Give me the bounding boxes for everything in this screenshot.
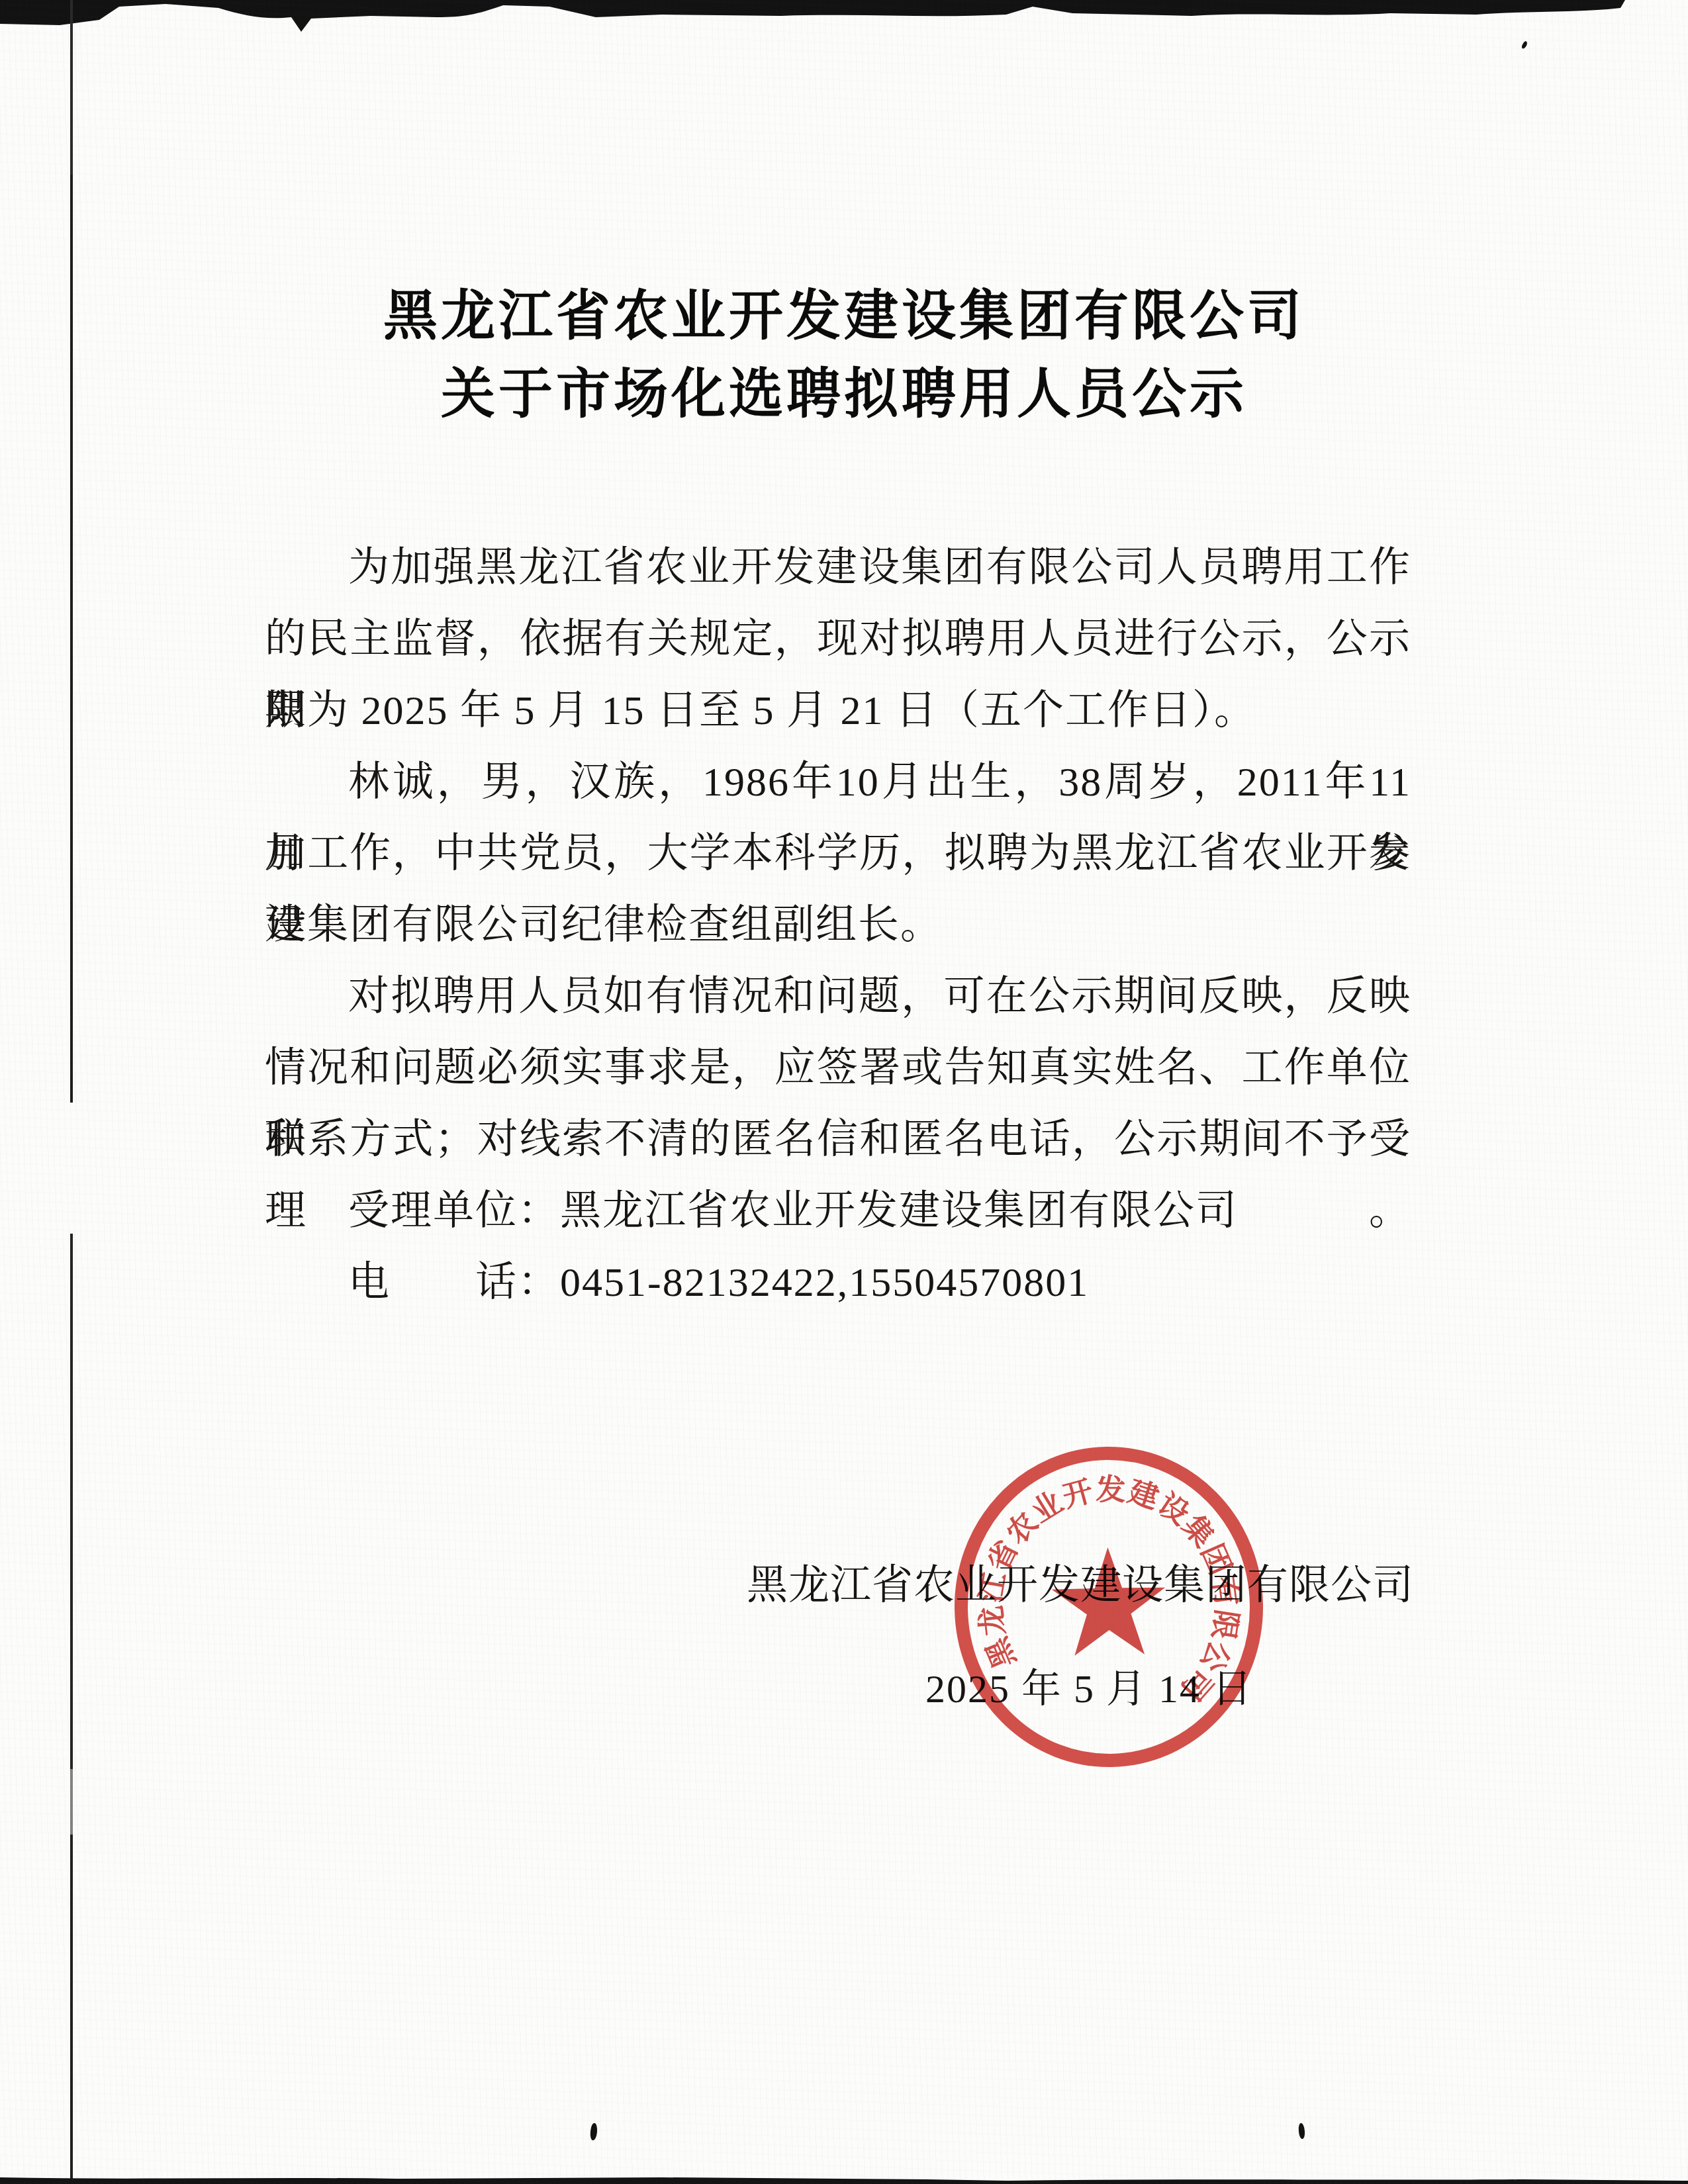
scan-artifact-speck <box>590 2123 598 2141</box>
scan-artifact-bottom-band <box>0 2175 1688 2184</box>
body-line: 的民主监督，依据有关规定，现对拟聘用人员进行公示，公示期 <box>265 604 1411 675</box>
scan-artifact-speck <box>1298 2123 1305 2140</box>
document-title: 黑龙江省农业开发建设集团有限公司 关于市场化选聘拟聘用人员公示 <box>0 277 1688 433</box>
scan-artifact-speck <box>1521 40 1528 49</box>
body-line: 林诚，男，汉族，1986年10月出生，38周岁，2011年11月参 <box>265 747 1411 818</box>
seal-star <box>1051 1547 1166 1657</box>
document-title-line-1: 黑龙江省农业开发建设集团有限公司 <box>0 277 1688 355</box>
body-line: 对拟聘用人员如有情况和问题，可在公示期间反映，反映 <box>265 961 1411 1032</box>
body-line: 设集团有限公司纪律检查组副组长。 <box>265 889 1411 961</box>
official-seal: 黑龙江省农业开发建设集团有限公司 <box>934 1432 1284 1782</box>
body-line: 加工作，中共党员，大学本科学历，拟聘为黑龙江省农业开发建 <box>265 818 1411 889</box>
body-line: 联系方式；对线索不清的匿名信和匿名电话，公示期间不予受理。 <box>265 1104 1411 1175</box>
body-line: 限为 2025 年 5 月 15 日至 5 月 21 日（五个工作日）。 <box>265 675 1411 747</box>
scanned-page: 黑龙江省农业开发建设集团有限公司 关于市场化选聘拟聘用人员公示 为加强黑龙江省农… <box>0 0 1688 2184</box>
document-body: 为加强黑龙江省农业开发建设集团有限公司人员聘用工作 的民主监督，依据有关规定，现… <box>265 532 1411 1318</box>
scan-artifact-top-band <box>0 0 1688 40</box>
document-title-line-2: 关于市场化选聘拟聘用人员公示 <box>0 355 1688 433</box>
body-line-phone: 电 话：0451-82132422,15504570801 <box>265 1247 1411 1318</box>
body-line: 情况和问题必须实事求是，应签署或告知真实姓名、工作单位和 <box>265 1032 1411 1104</box>
body-line: 为加强黑龙江省农业开发建设集团有限公司人员聘用工作 <box>265 532 1411 604</box>
